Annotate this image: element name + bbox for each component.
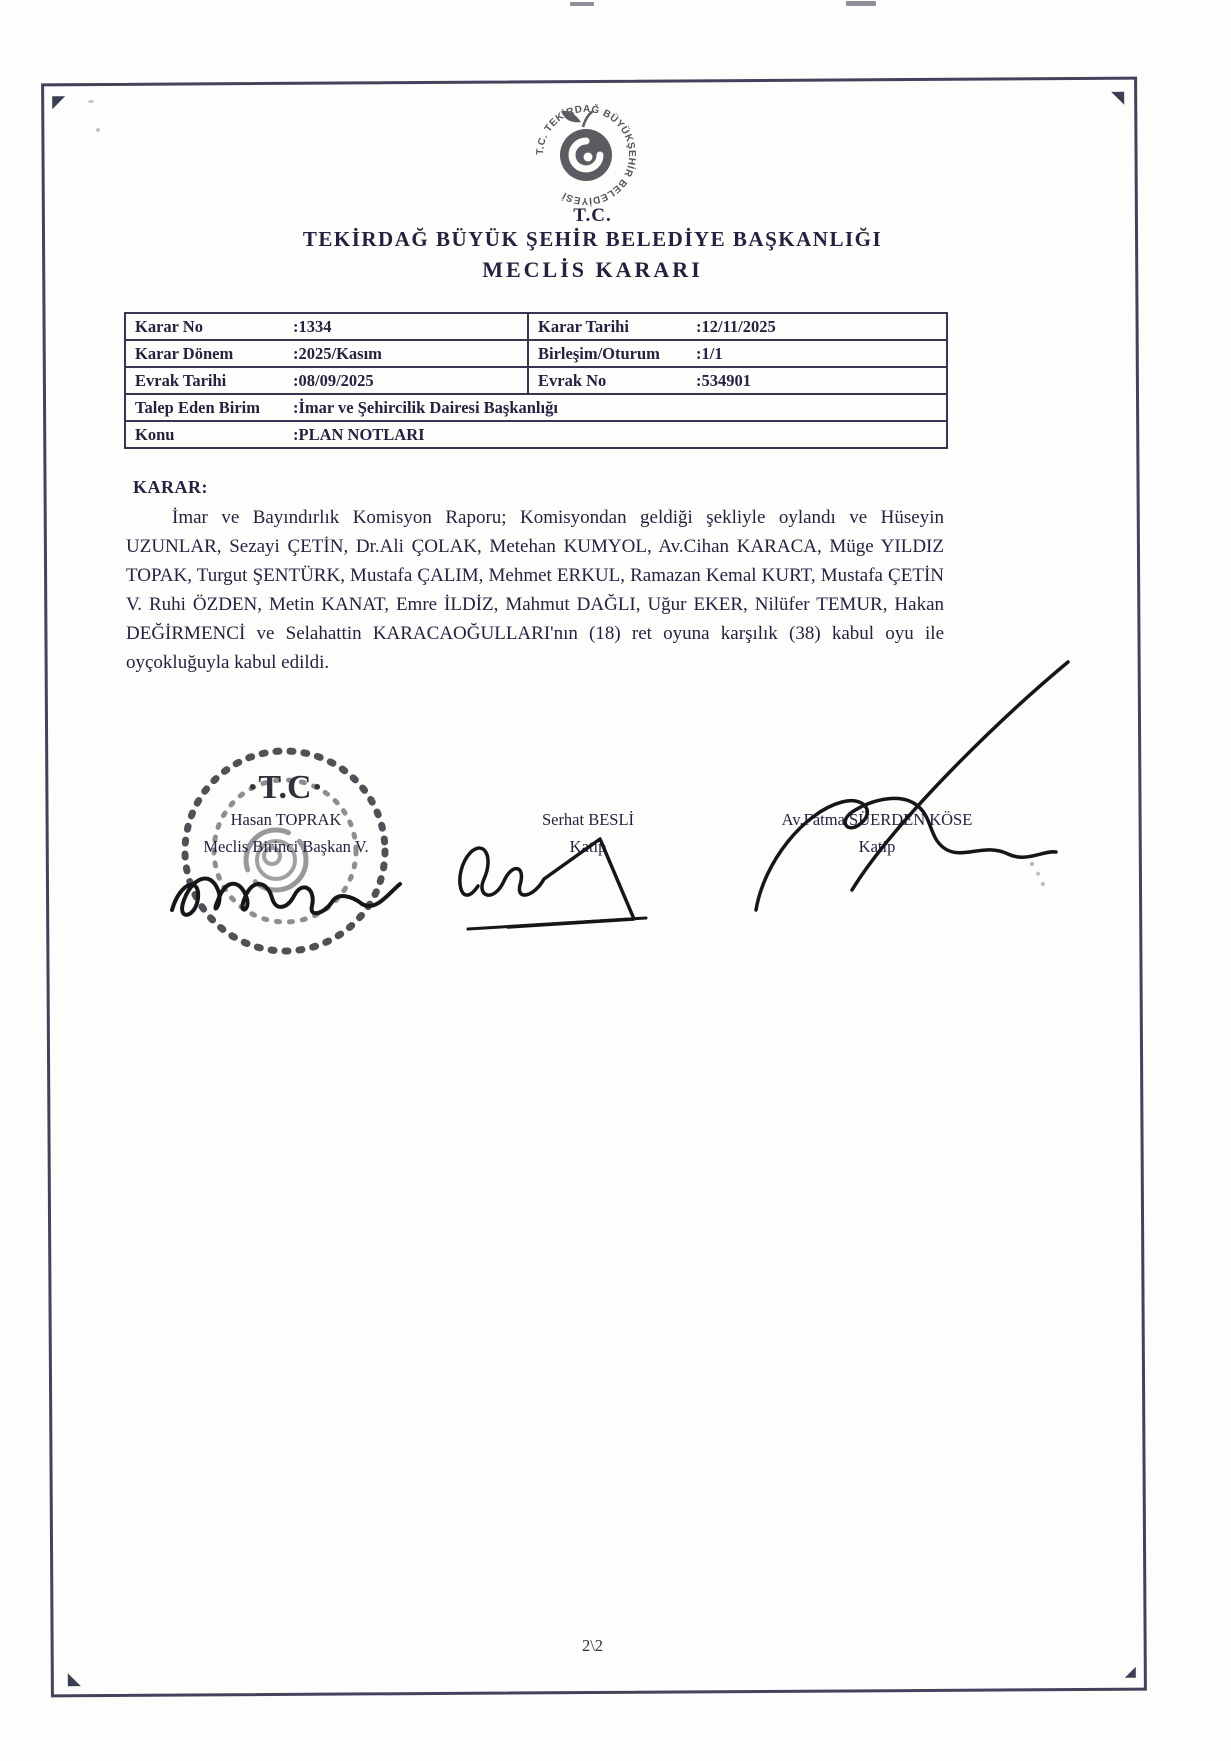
meta-label: Talep Eden Birim	[135, 398, 293, 418]
table-cell-group: Evrak Tarihi :08/09/2025	[126, 368, 527, 393]
scan-artifact	[570, 2, 594, 6]
meta-label: Karar No	[135, 317, 293, 337]
document-type-title: MECLİS KARARI	[0, 257, 1185, 283]
meta-value: :12/11/2025	[696, 317, 946, 337]
meta-label: Evrak No	[538, 371, 696, 391]
decision-heading: KARAR:	[133, 477, 208, 498]
signature-stroke-clerk-1	[448, 831, 678, 933]
signature-stroke-clerk-2	[734, 650, 1082, 942]
table-row: Konu :PLAN NOTLARI	[126, 420, 946, 447]
meta-value: :2025/Kasım	[293, 344, 527, 364]
table-cell-group: Karar No :1334	[126, 314, 527, 339]
meta-value: :1334	[293, 317, 527, 337]
corner-mark-icon	[1111, 92, 1124, 105]
table-cell-group: Karar Dönem :2025/Kasım	[126, 341, 527, 366]
organization-title: TEKİRDAĞ BÜYÜK ŞEHİR BELEDİYE BAŞKANLIĞI	[0, 227, 1185, 252]
table-cell-group: Konu :PLAN NOTLARI	[126, 423, 946, 447]
meta-value: :İmar ve Şehircilik Dairesi Başkanlığı	[293, 398, 946, 418]
corner-mark-icon	[68, 1673, 81, 1686]
meta-label: Evrak Tarihi	[135, 371, 293, 391]
municipality-seal-icon: T.C. TEKİRDAĞ BÜYÜKŞEHİR BELEDİYESİ	[531, 96, 641, 212]
meta-label: Birleşim/Oturum	[538, 344, 696, 364]
meta-label: Karar Tarihi	[538, 317, 696, 337]
table-row: Karar No :1334 Karar Tarihi :12/11/2025	[126, 314, 946, 339]
meta-label: Konu	[135, 425, 293, 445]
scan-artifact	[846, 1, 876, 6]
decision-meta-table: Karar No :1334 Karar Tarihi :12/11/2025 …	[124, 312, 948, 449]
corner-mark-icon	[52, 96, 65, 109]
meta-value: :PLAN NOTLARI	[293, 425, 946, 445]
signature-stroke-president	[164, 850, 408, 942]
table-cell-group: Evrak No :534901	[527, 368, 946, 393]
table-cell-group: Karar Tarihi :12/11/2025	[527, 314, 946, 339]
table-row: Karar Dönem :2025/Kasım Birleşim/Oturum …	[126, 339, 946, 366]
table-row: Talep Eden Birim :İmar ve Şehircilik Dai…	[126, 393, 946, 420]
meta-value: :08/09/2025	[293, 371, 527, 391]
meta-value: :1/1	[696, 344, 946, 364]
page-number: 2\2	[0, 1636, 1185, 1656]
corner-mark-icon	[1125, 1667, 1136, 1678]
stamp-tc-text: ·T.C·	[247, 769, 323, 806]
republic-title: T.C.	[0, 205, 1185, 227]
table-cell-group: Birleşim/Oturum :1/1	[527, 341, 946, 366]
table-cell-group: Talep Eden Birim :İmar ve Şehircilik Dai…	[126, 396, 946, 420]
meta-label: Karar Dönem	[135, 344, 293, 364]
signer-name: Serhat BESLİ	[468, 806, 708, 833]
meta-value: :534901	[696, 371, 946, 391]
table-row: Evrak Tarihi :08/09/2025 Evrak No :53490…	[126, 366, 946, 393]
scanned-document-page: T.C. TEKİRDAĞ BÜYÜKŞEHİR BELEDİYESİ T.C.…	[0, 0, 1231, 1761]
seal-spiral-dot	[584, 153, 593, 162]
